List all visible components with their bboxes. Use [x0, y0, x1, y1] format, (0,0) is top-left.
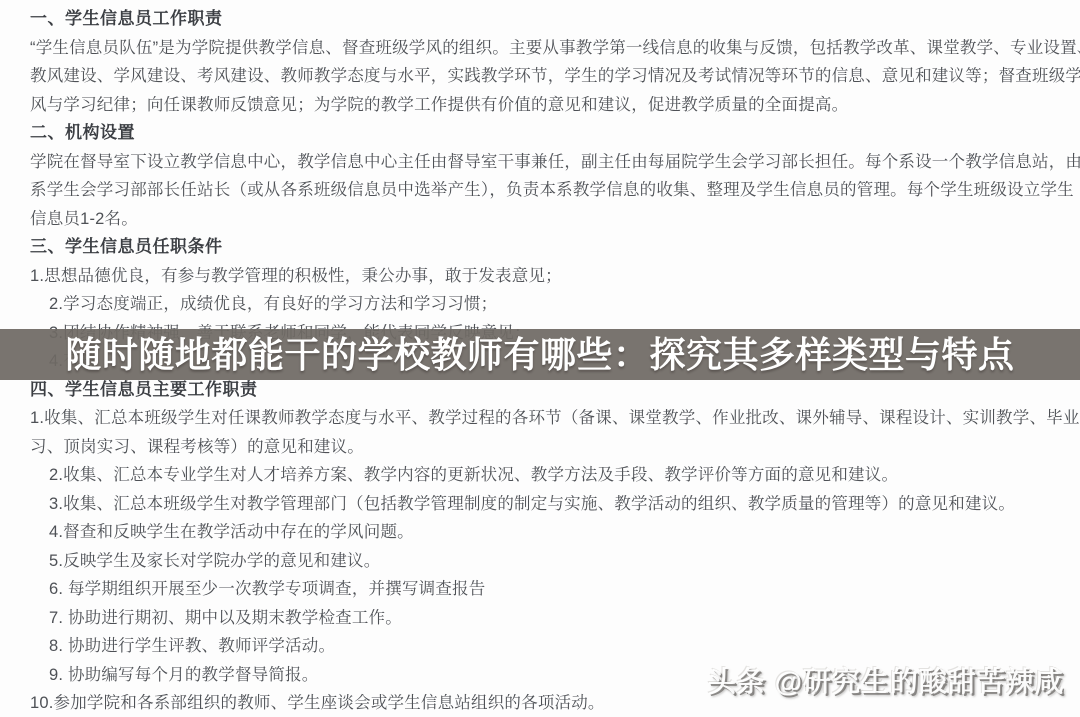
watermark: 头条 @研究生的酸甜苦辣咸	[708, 660, 1064, 700]
body-line: 2.学习态度端正，成绩优良，有良好的学习方法和学习习惯；	[30, 290, 1054, 319]
body-line: 系学生会学习部部长任站长（或从各系班级信息员中选举产生），负责本系教学信息的收集…	[30, 176, 1054, 205]
body-line: 8. 协助进行学生评教、教师评学活动。	[30, 632, 1054, 661]
body-line: 教风建设、学风建设、考风建设、教师教学态度与水平，实践教学环节，学生的学习情况及…	[30, 62, 1054, 91]
body-line: 3.收集、汇总本班级学生对教学管理部门（包括教学管理制度的制定与实施、教学活动的…	[30, 490, 1054, 519]
section-3-heading: 三、学生信息员任职条件	[30, 233, 1054, 262]
body-line: 习、顶岗实习、课程考核等）的意见和建议。	[30, 433, 1054, 462]
overlay-title-text: 随时随地都能干的学校教师有哪些：探究其多样类型与特点	[65, 329, 1014, 380]
body-line: 信息员1-2名。	[30, 205, 1054, 234]
body-line: 6. 每学期组织开展至少一次教学专项调查，并撰写调查报告	[30, 575, 1054, 604]
body-line: 4.督查和反映学生在教学活动中存在的学风问题。	[30, 518, 1054, 547]
section-2-heading: 二、机构设置	[30, 119, 1054, 148]
body-line: 7. 协助进行期初、期中以及期末教学检查工作。	[30, 604, 1054, 633]
body-line: “学生信息员队伍”是为学院提供教学信息、督查班级学风的组织。主要从事教学第一线信…	[30, 34, 1054, 63]
body-line: 1.思想品德优良，有参与教学管理的积极性，秉公办事，敢于发表意见；	[30, 262, 1054, 291]
body-line: 1.收集、汇总本班级学生对任课教师教学态度与水平、教学过程的各环节（备课、课堂教…	[30, 404, 1054, 433]
section-1-heading: 一、学生信息员工作职责	[30, 5, 1054, 34]
body-line: 风与学习纪律；向任课教师反馈意见；为学院的教学工作提供有价值的意见和建议，促进教…	[30, 91, 1054, 120]
body-line: 2.收集、汇总本专业学生对人才培养方案、教学内容的更新状况、教学方法及手段、教学…	[30, 461, 1054, 490]
body-line: 5.反映学生及家长对学院办学的意见和建议。	[30, 547, 1054, 576]
overlay-title-banner: 随时随地都能干的学校教师有哪些：探究其多样类型与特点	[0, 329, 1080, 380]
body-line: 学院在督导室下设立教学信息中心，教学信息中心主任由督导室干事兼任，副主任由每届院…	[30, 148, 1054, 177]
